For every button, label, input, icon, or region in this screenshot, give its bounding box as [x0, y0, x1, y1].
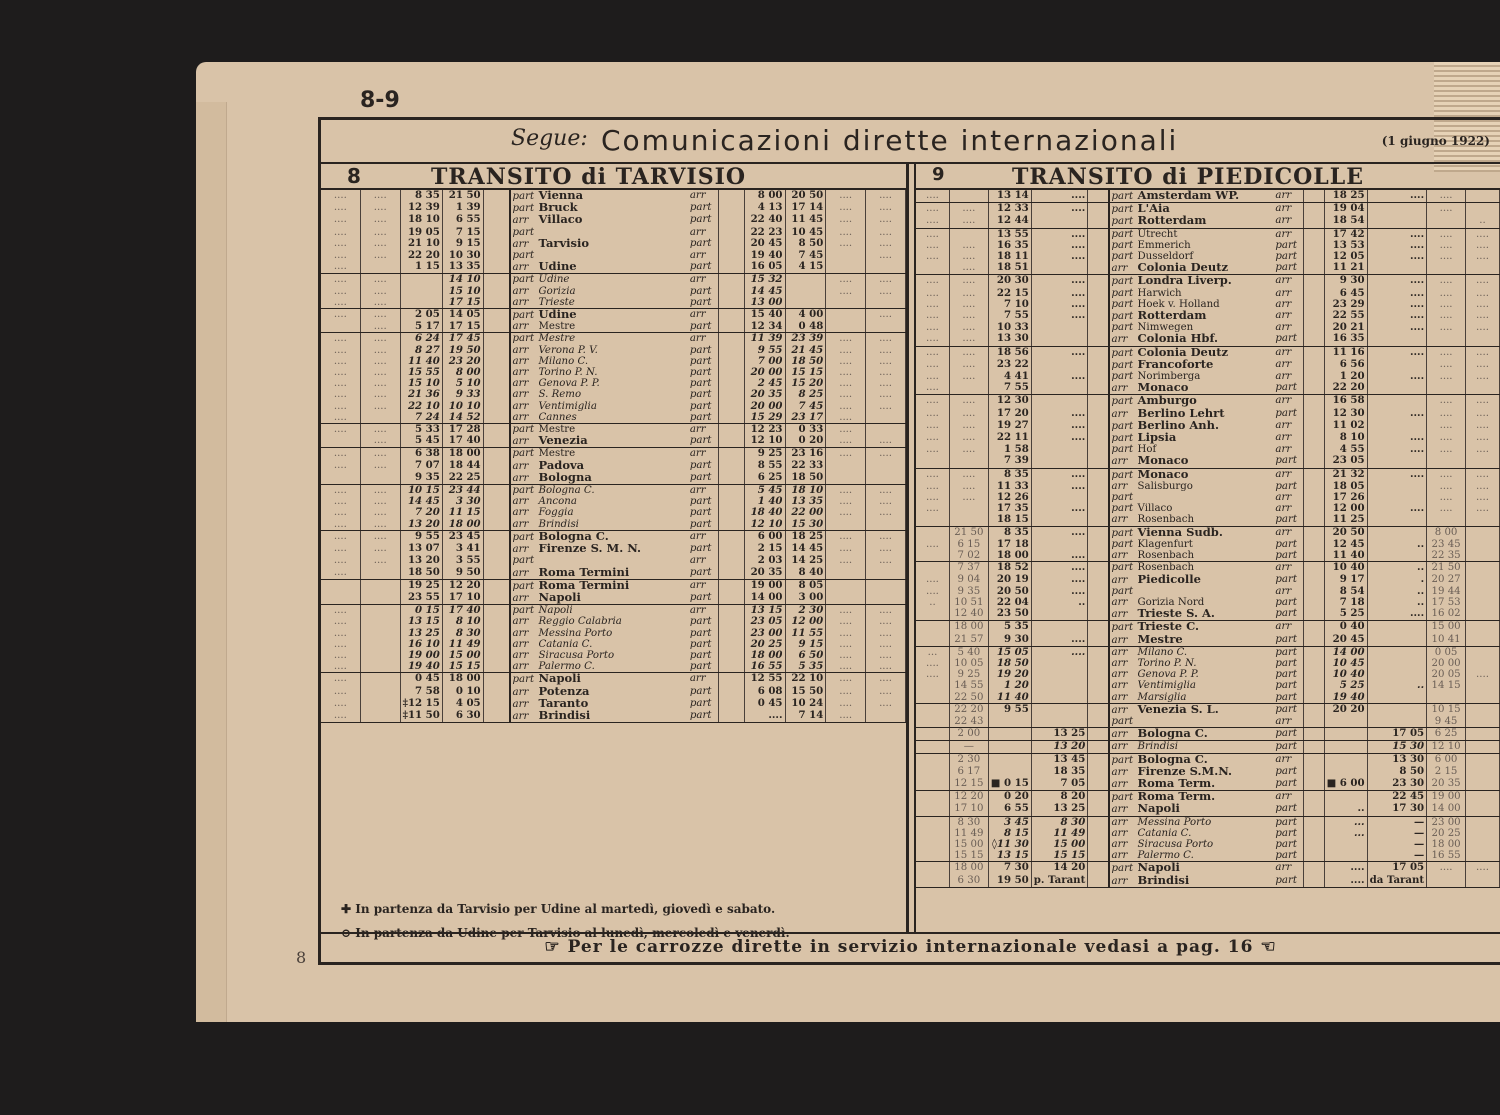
- time-cell: [1367, 716, 1427, 728]
- dots-cell: ....: [826, 616, 866, 627]
- station-cell: arrAnconapart: [510, 496, 719, 507]
- direction-arrow-cell: [1088, 492, 1109, 503]
- direction-arrow-cell: [1304, 634, 1324, 647]
- dots-cell: ....: [866, 401, 906, 412]
- dots-cell: ....: [1427, 432, 1466, 444]
- dots-cell: [1466, 680, 1500, 691]
- time-cell: ....: [1367, 190, 1427, 203]
- direction-arrow-cell: [483, 227, 509, 238]
- dots-cell: [916, 803, 949, 816]
- direction-arrow-cell: [1088, 839, 1109, 850]
- dots-cell: ....: [916, 468, 949, 481]
- direction-arrow-cell: [1304, 288, 1324, 299]
- dots-cell: ....: [321, 507, 360, 518]
- time-cell: 6 08: [744, 686, 785, 698]
- dots-cell: ....: [949, 481, 988, 492]
- part-arr-label: arr: [1275, 503, 1301, 514]
- dots-cell: ....: [916, 503, 949, 514]
- station-cell: arrUdinepart: [510, 261, 719, 274]
- table-row: 18 005 35partTrieste C.arr0 4015 00: [916, 621, 1500, 634]
- dots-cell: ....: [866, 628, 906, 639]
- part-arr-label: arr: [513, 699, 539, 710]
- part-arr-label: part: [1275, 704, 1301, 716]
- time-cell: ....: [1031, 310, 1088, 322]
- dots-cell: ....: [866, 673, 906, 686]
- part-arr-label: arr: [1112, 839, 1138, 850]
- direction-arrow-cell: [483, 519, 509, 531]
- part-arr-label: part: [1112, 492, 1138, 503]
- dots-cell: ....: [826, 389, 866, 400]
- dots-cell: ....: [826, 238, 866, 250]
- dots-cell: 20 27: [1427, 574, 1466, 586]
- dots-cell: [321, 592, 360, 605]
- table-row: 22 209 55arrVenezia S. L.part20 2010 15: [916, 703, 1500, 716]
- dots-cell: ....: [1427, 395, 1466, 408]
- time-cell: 10 40: [1324, 562, 1367, 574]
- dots-cell: ....: [321, 367, 360, 378]
- part-arr-label: arr: [1112, 767, 1138, 778]
- part-arr-label: part: [1112, 229, 1138, 240]
- dots-cell: 20 05: [1427, 669, 1466, 680]
- dots-cell: ....: [866, 356, 906, 367]
- time-cell: [785, 286, 826, 297]
- dots-cell: ....: [949, 215, 988, 228]
- time-cell: 15 15: [442, 661, 483, 673]
- dots-cell: [1427, 692, 1466, 704]
- part-arr-label: part: [1275, 658, 1301, 669]
- dots-cell: [826, 297, 866, 309]
- dots-cell: [360, 616, 400, 627]
- direction-arrow-cell: [718, 261, 744, 274]
- dots-cell: [826, 460, 866, 472]
- dots-cell: [916, 680, 949, 691]
- time-cell: 9 30: [1324, 275, 1367, 288]
- part-arr-label: part: [690, 628, 716, 639]
- time-cell: 8 05: [785, 579, 826, 592]
- dots-cell: 6 30: [949, 875, 988, 888]
- dots-cell: [949, 382, 988, 395]
- station-cell: partRotterdamarr: [1109, 310, 1304, 322]
- page-footer: ☞ Per le carrozze dirette in servizio in…: [321, 932, 1500, 962]
- dots-cell: ....: [321, 424, 360, 436]
- time-cell: [1031, 692, 1088, 704]
- dots-cell: ...: [916, 646, 949, 658]
- time-cell: 12 34: [744, 321, 785, 333]
- dots-cell: [826, 321, 866, 333]
- direction-arrow-cell: [483, 286, 509, 297]
- dots-cell: ....: [826, 214, 866, 226]
- table-row: ........6 3818 00partMestrearr9 2523 16.…: [321, 448, 906, 460]
- dots-cell: ....: [866, 274, 906, 286]
- station-name: Brindisi: [539, 708, 591, 722]
- dots-cell: ....: [866, 543, 906, 555]
- part-arr-label: arr: [1112, 705, 1138, 716]
- part-arr-label: part: [1275, 778, 1301, 790]
- time-cell: ...: [1324, 816, 1367, 828]
- part-arr-label: part: [1275, 455, 1301, 467]
- dots-cell: ....: [949, 262, 988, 275]
- time-cell: [1031, 608, 1088, 621]
- part-arr-label: part: [690, 238, 716, 250]
- dots-cell: ....: [916, 371, 949, 382]
- direction-arrow-cell: [483, 261, 509, 274]
- direction-arrow-cell: [1088, 420, 1109, 432]
- dots-cell: 20 35: [1427, 778, 1466, 791]
- dots-cell: [949, 514, 988, 526]
- dots-cell: [1466, 828, 1500, 839]
- dots-cell: ....: [949, 240, 988, 251]
- dots-cell: [1466, 586, 1500, 597]
- part-arr-label: arr: [690, 333, 716, 344]
- time-cell: ....: [1031, 371, 1088, 382]
- part-arr-label: part: [1112, 396, 1138, 407]
- time-cell: 13 25: [1031, 728, 1088, 741]
- dots-cell: ....: [826, 367, 866, 378]
- direction-arrow-cell: [1088, 240, 1109, 251]
- dots-cell: ....: [916, 408, 949, 420]
- direction-arrow-cell: [1088, 262, 1109, 275]
- station-cell: arrMilano C.part: [510, 356, 719, 367]
- dots-cell: ....: [360, 297, 400, 309]
- part-arr-label: part: [1275, 766, 1301, 778]
- direction-arrow-cell: [718, 555, 744, 566]
- dots-cell: ....: [826, 530, 866, 543]
- dots-cell: ....: [826, 507, 866, 518]
- dots-cell: 21 50: [949, 526, 988, 539]
- time-cell: 12 20: [442, 579, 483, 592]
- dots-cell: ....: [826, 345, 866, 356]
- time-cell: 18 50: [785, 472, 826, 485]
- station-cell: partBologna C.arr: [510, 485, 719, 497]
- dots-cell: [866, 592, 906, 605]
- dots-cell: [360, 710, 400, 723]
- time-cell: ....: [1031, 634, 1088, 647]
- direction-arrow-cell: [1088, 215, 1109, 228]
- time-cell: [1367, 455, 1427, 468]
- time-cell: [1367, 526, 1427, 539]
- direction-arrow-cell: [483, 616, 509, 627]
- part-arr-label: part: [690, 286, 716, 297]
- part-arr-label: part: [690, 592, 716, 604]
- direction-arrow-cell: [1088, 228, 1109, 240]
- time-cell: 15 32: [744, 274, 785, 286]
- dots-cell: 0 05: [1427, 646, 1466, 658]
- dots-cell: [1466, 514, 1500, 526]
- dots-cell: ....: [916, 492, 949, 503]
- station-name: Verona P. V.: [539, 345, 598, 356]
- part-arr-label: arr: [1275, 432, 1301, 444]
- footnote-1: ✚ In partenza da Tarvisio per Udine al m…: [341, 897, 790, 921]
- direction-arrow-cell: [1304, 875, 1324, 888]
- time-cell: 18 50: [400, 567, 442, 580]
- time-cell: 18 10: [400, 214, 442, 226]
- direction-arrow-cell: [1088, 408, 1109, 420]
- direction-arrow-cell: [483, 579, 509, 592]
- part-arr-label: part: [513, 191, 539, 202]
- station-cell: arrTorino P. N.part: [1109, 658, 1304, 669]
- table-row: ........12 44partRotterdamarr18 54..: [916, 215, 1500, 228]
- dots-cell: [866, 297, 906, 309]
- dots-cell: ....: [1427, 862, 1466, 875]
- dots-cell: [1466, 803, 1500, 816]
- time-cell: [1031, 621, 1088, 634]
- table-row: 7 39arrMonacopart23 05: [916, 455, 1500, 468]
- station-cell: partKlagenfurtpart: [1109, 539, 1304, 550]
- part-arr-label: arr: [1112, 804, 1138, 815]
- dots-cell: ....: [321, 345, 360, 356]
- dots-cell: ....: [826, 673, 866, 686]
- dots-cell: 22 20: [949, 703, 988, 716]
- dots-cell: ....: [360, 460, 400, 472]
- dots-cell: 8 00: [1427, 526, 1466, 539]
- direction-arrow-cell: [1304, 766, 1324, 778]
- direction-arrow-cell: [718, 673, 744, 686]
- table-row: 8 303 458 30arrMessina Portopart...—23 0…: [916, 816, 1500, 828]
- time-cell: 14 00: [744, 592, 785, 605]
- part-arr-label: part: [513, 605, 539, 616]
- direction-arrow-cell: [718, 202, 744, 214]
- station-name: S. Remo: [539, 389, 582, 400]
- direction-arrow-cell: [1088, 190, 1109, 203]
- dots-cell: [866, 472, 906, 485]
- direction-arrow-cell: [1088, 514, 1109, 526]
- dots-cell: ....: [321, 274, 360, 286]
- dots-cell: ....: [321, 567, 360, 580]
- direction-arrow-cell: [718, 321, 744, 333]
- part-arr-label: arr: [1112, 779, 1138, 790]
- dots-cell: ....: [1466, 240, 1500, 251]
- page-number-top: 8-9: [360, 88, 400, 113]
- dots-cell: [1466, 778, 1500, 791]
- time-cell: 20 35: [744, 567, 785, 580]
- section-piedicolle: 9 TRANSITO di PIEDICOLLE ....13 14....pa…: [914, 162, 1500, 932]
- time-cell: 14 10: [442, 274, 483, 286]
- time-cell: 14 20: [1031, 862, 1088, 875]
- dots-cell: 7 37: [949, 562, 988, 574]
- direction-arrow-cell: [1088, 203, 1109, 216]
- dots-cell: [360, 567, 400, 580]
- time-cell: [1031, 444, 1088, 455]
- dots-cell: [1427, 514, 1466, 526]
- time-cell: ..: [1367, 562, 1427, 574]
- direction-arrow-cell: [1088, 382, 1109, 395]
- time-cell: 13 15: [400, 616, 442, 627]
- dots-cell: ....: [826, 227, 866, 238]
- direction-arrow-cell: [1304, 728, 1324, 741]
- section-title: TRANSITO di TARVISIO: [431, 164, 746, 190]
- station-cell: arrSiracusa Portopart: [510, 650, 719, 661]
- dots-cell: [826, 261, 866, 274]
- dots-cell: ....: [826, 401, 866, 412]
- dots-cell: [1466, 646, 1500, 658]
- station-name: Napoli: [539, 590, 581, 604]
- part-arr-label: part: [690, 698, 716, 710]
- table-row: 2 0013 25arrBologna C.part17 056 25: [916, 728, 1500, 741]
- direction-arrow-cell: [1304, 692, 1324, 704]
- dots-cell: ....: [360, 202, 400, 214]
- part-arr-label: part: [1112, 444, 1138, 455]
- part-arr-label: part: [1275, 333, 1301, 345]
- dots-cell: ....: [826, 190, 866, 202]
- time-cell: ....: [1367, 346, 1427, 359]
- table-row: ....13 14....partAmsterdam WP.arr18 25..…: [916, 190, 1500, 203]
- dots-cell: ....: [866, 333, 906, 345]
- part-arr-label: arr: [690, 309, 716, 321]
- time-cell: 0 45: [400, 673, 442, 686]
- station-name: Torino P. N.: [1138, 658, 1197, 669]
- direction-arrow-cell: [1304, 791, 1324, 804]
- station-name: Tarvisio: [539, 236, 590, 250]
- dots-cell: ....: [916, 432, 949, 444]
- dots-cell: [916, 828, 949, 839]
- part-arr-label: part: [690, 297, 716, 308]
- direction-arrow-cell: [718, 628, 744, 639]
- part-arr-label: arr: [1275, 444, 1301, 455]
- direction-arrow-cell: [483, 412, 509, 424]
- direction-arrow-cell: [1088, 850, 1109, 862]
- time-cell: 17 10: [442, 592, 483, 605]
- station-cell: arrVillacopart: [510, 214, 719, 226]
- direction-arrow-cell: [1304, 550, 1324, 562]
- time-cell: ....: [1367, 503, 1427, 514]
- time-cell: 13 35: [442, 261, 483, 274]
- time-cell: 5 35: [988, 621, 1031, 634]
- direction-arrow-cell: [718, 190, 744, 202]
- dots-cell: 23 45: [1427, 539, 1466, 550]
- direction-arrow-cell: [1304, 240, 1324, 251]
- part-arr-label: part: [690, 321, 716, 332]
- time-cell: 23 05: [744, 616, 785, 627]
- section-tarvisio: 8 TRANSITO di TARVISIO ........8 3521 50…: [321, 162, 909, 932]
- dots-cell: [916, 839, 949, 850]
- part-arr-label: part: [1112, 503, 1138, 514]
- part-arr-label: arr: [1112, 550, 1138, 561]
- time-cell: 9 50: [442, 567, 483, 580]
- time-cell: 8 10: [442, 616, 483, 627]
- pointing-hand-icon: ☞: [544, 937, 560, 957]
- part-arr-label: part: [1275, 692, 1301, 703]
- part-arr-label: part: [1112, 528, 1138, 539]
- dots-cell: ....: [321, 286, 360, 297]
- dots-cell: [916, 716, 949, 728]
- station-name: Napoli: [1138, 801, 1180, 815]
- direction-arrow-cell: [718, 639, 744, 650]
- dots-cell: ....: [321, 448, 360, 460]
- time-cell: [785, 297, 826, 309]
- table-row: ....0 4518 00partNapoliarr12 5522 10....…: [321, 673, 906, 686]
- part-arr-label: arr: [513, 401, 539, 412]
- time-cell: 0 48: [785, 321, 826, 333]
- header-segue: Segue:: [511, 126, 588, 151]
- dots-cell: ....: [949, 275, 988, 288]
- time-cell: 11 25: [1324, 514, 1367, 526]
- time-cell: 17 45: [442, 333, 483, 345]
- dots-cell: ....: [1427, 503, 1466, 514]
- direction-arrow-cell: [483, 321, 509, 333]
- part-arr-label: arr: [513, 389, 539, 400]
- time-cell: 15 30: [1367, 741, 1427, 753]
- part-arr-label: arr: [1275, 310, 1301, 322]
- station-name: Mestre: [539, 333, 576, 344]
- part-arr-label: arr: [1112, 692, 1138, 703]
- part-arr-label: part: [1112, 348, 1138, 359]
- direction-arrow-cell: [1088, 875, 1109, 888]
- direction-arrow-cell: [483, 460, 509, 472]
- part-arr-label: arr: [1112, 263, 1138, 274]
- dots-cell: ....: [321, 519, 360, 531]
- dots-cell: ....: [949, 444, 988, 455]
- part-arr-label: arr: [1275, 562, 1301, 573]
- direction-arrow-cell: [1088, 481, 1109, 492]
- direction-arrow-cell: [1088, 299, 1109, 310]
- dots-cell: ....: [866, 530, 906, 543]
- station-cell: arrMessina Portopart: [510, 628, 719, 639]
- dots-cell: [1466, 382, 1500, 395]
- station-cell: arrSiracusa Portopart: [1109, 839, 1304, 850]
- station-name: Piedicolle: [1138, 572, 1201, 586]
- station-name: Londra Liverp.: [1138, 273, 1232, 287]
- part-arr-label: arr: [1112, 729, 1138, 740]
- dots-cell: ....: [866, 496, 906, 507]
- time-cell: 0 10: [442, 686, 483, 698]
- direction-arrow-cell: [1088, 791, 1109, 804]
- direction-arrow-cell: [1304, 481, 1324, 492]
- time-cell: 3 00: [785, 592, 826, 605]
- dots-cell: ....: [826, 496, 866, 507]
- dots-cell: ....: [916, 275, 949, 288]
- part-arr-label: part: [1112, 421, 1138, 432]
- table-row: ....‡11 506 30arrBrindisipart....7 14...…: [321, 710, 906, 723]
- station-name: Siracusa Porto: [1138, 839, 1214, 850]
- direction-arrow-cell: [1088, 310, 1109, 322]
- dots-cell: ....: [1466, 862, 1500, 875]
- time-cell: 18 40: [744, 507, 785, 518]
- part-arr-label: part: [690, 616, 716, 627]
- direction-arrow-cell: [1304, 862, 1324, 875]
- direction-arrow-cell: [483, 543, 509, 555]
- dots-cell: ....: [866, 345, 906, 356]
- time-cell: 19 50: [988, 875, 1031, 888]
- direction-arrow-cell: [1304, 492, 1324, 503]
- direction-arrow-cell: [718, 389, 744, 400]
- dots-cell: ....: [360, 435, 400, 448]
- dots-cell: ....: [916, 190, 949, 203]
- dots-cell: [1466, 333, 1500, 346]
- dots-cell: ....: [1427, 420, 1466, 432]
- part-arr-label: arr: [513, 345, 539, 356]
- dots-cell: ....: [360, 543, 400, 555]
- dots-cell: ....: [949, 310, 988, 322]
- time-cell: ....: [1367, 468, 1427, 481]
- dots-cell: ....: [360, 507, 400, 518]
- time-cell: ....: [1324, 875, 1367, 888]
- dots-cell: [1466, 658, 1500, 669]
- part-arr-label: part: [1275, 262, 1301, 274]
- direction-arrow-cell: [483, 628, 509, 639]
- dots-cell: ....: [1427, 322, 1466, 333]
- direction-arrow-cell: [1088, 646, 1109, 658]
- time-cell: 8 35: [988, 468, 1031, 481]
- dots-cell: [866, 579, 906, 592]
- time-cell: 17 15: [442, 321, 483, 333]
- dots-cell: ....: [321, 356, 360, 367]
- dots-cell: ....: [1466, 408, 1500, 420]
- part-arr-label: arr: [1275, 322, 1301, 333]
- direction-arrow-cell: [1304, 526, 1324, 539]
- dots-cell: ....: [866, 698, 906, 710]
- dots-cell: ....: [916, 669, 949, 680]
- dots-cell: ....: [949, 203, 988, 216]
